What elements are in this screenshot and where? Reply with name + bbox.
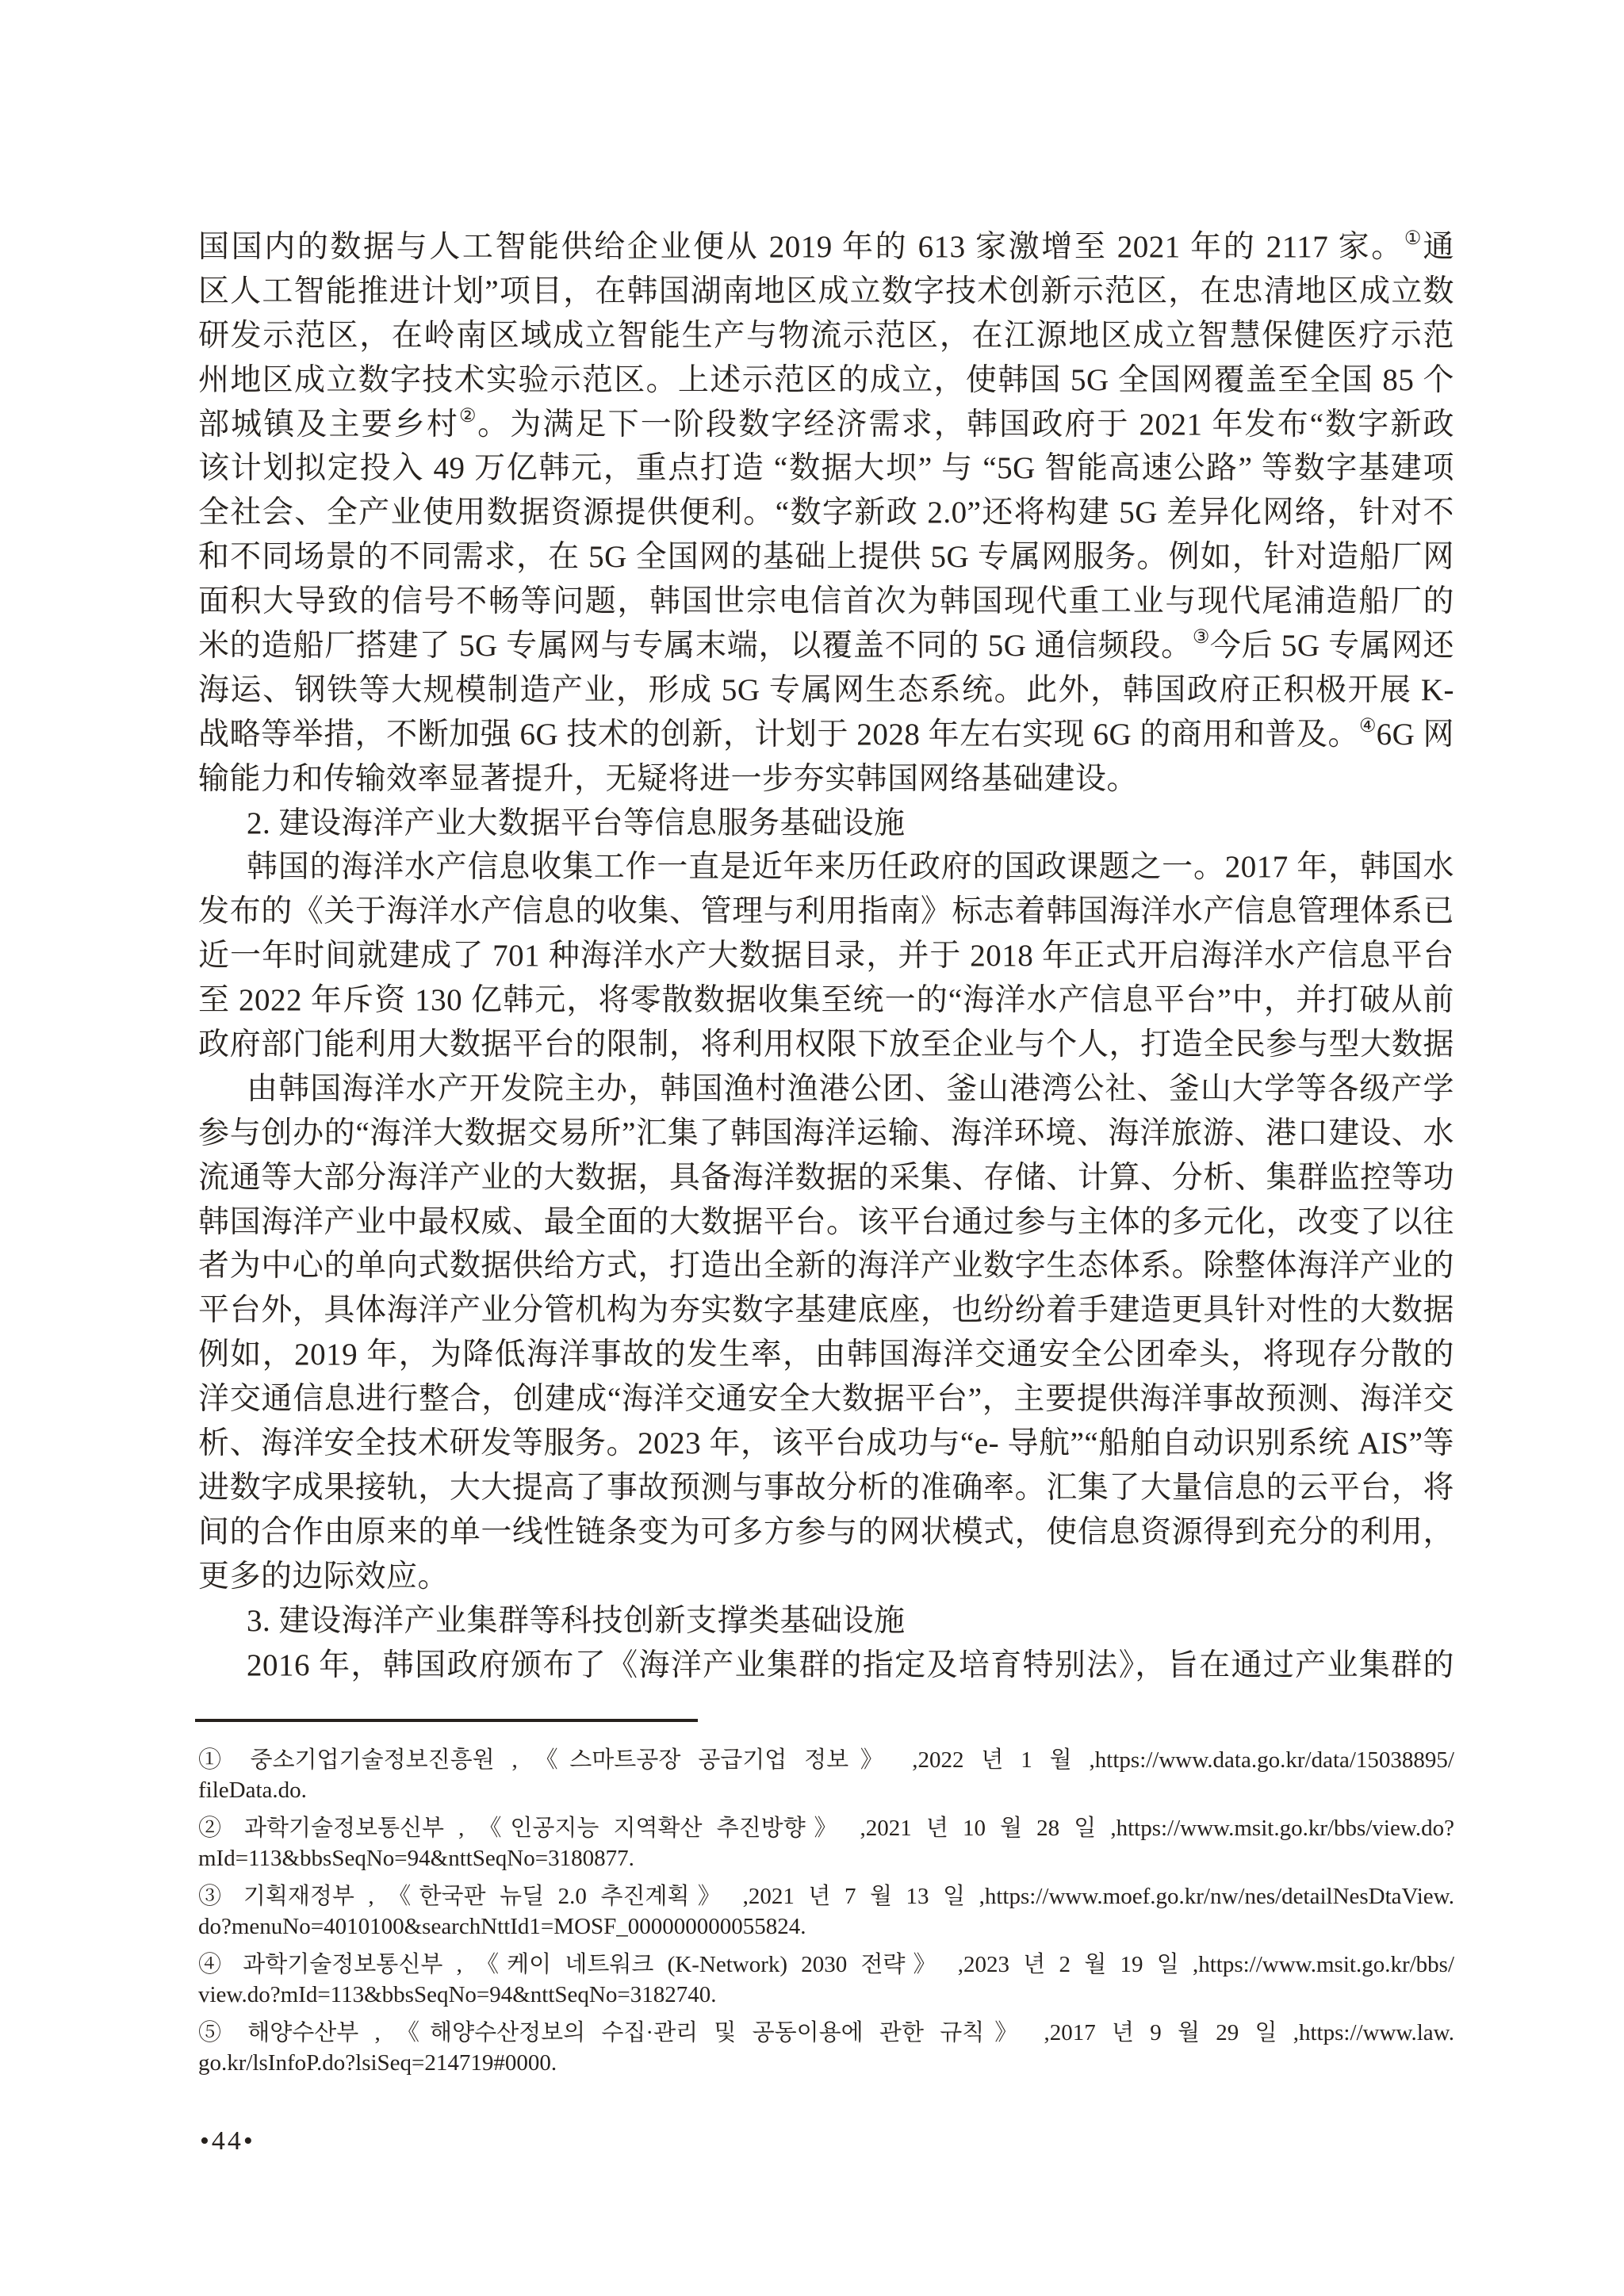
footnote-line: ③ 기획재정부 , 《한국판 뉴딜 2.0 추진계획》 ,2021 년 7 월 … — [198, 1881, 1454, 1911]
footnote-ref: ③ — [1193, 627, 1210, 648]
footnote-line: ④ 과학기술정보통신부 , 《케이 네트워크 (K-Network) 2030 … — [198, 1950, 1454, 1980]
body-line: 例如，2019 年，为降低海洋事故的发生率，由韩国海洋交通安全公团牵头，将现存分… — [198, 1333, 1454, 1377]
footnote-line: fileData.do. — [198, 1775, 1454, 1805]
body-line: 2016 年，韩国政府颁布了《海洋产业集群的指定及培育特别法》，旨在通过产业集群… — [198, 1644, 1454, 1688]
body-line: 研发示范区，在岭南区域成立智能生产与物流示范区，在江源地区成立智慧保健医疗示范区… — [198, 314, 1454, 358]
footnote-item: ⑤ 해양수산부 , 《해양수산정보의 수집·관리 및 공동이용에 관한 규칙》 … — [198, 2018, 1454, 2078]
footnote-item: ① 중소기업기술정보진흥원 , 《스마트공장 공급기업 정보》 ,2022 년 … — [198, 1745, 1454, 1805]
footnote-separator — [195, 1719, 698, 1722]
body-line: 者为中心的单向式数据供给方式，打造出全新的海洋产业数字生态体系。除整体海洋产业的… — [198, 1244, 1454, 1288]
body-line: 近一年时间就建成了 701 种海洋水产大数据目录，并于 2018 年正式开启海洋… — [198, 934, 1454, 978]
footnote-line: do?menuNo=4010100&searchNttId1=MOSF_0000… — [198, 1911, 1454, 1942]
footnote-line: mId=113&bbsSeqNo=94&nttSeqNo=3180877. — [198, 1843, 1454, 1873]
body-line: 面积大导致的信号不畅等问题，韩国世宗电信首次为韩国现代重工业与现代尾浦造船厂的 … — [198, 580, 1454, 624]
body-line: 政府部门能利用大数据平台的限制，将利用权限下放至企业与个人，打造全民参与型大数据… — [198, 1023, 1454, 1067]
body-line: 海运、钢铁等大规模制造产业，形成 5G 专属网生态系统。此外，韩国政府正积极开展… — [198, 668, 1454, 713]
section-heading: 2. 建设海洋产业大数据平台等信息服务基础设施 — [198, 802, 1454, 846]
body-line: 参与创办的“海洋大数据交易所”汇集了韩国海洋运输、海洋环境、海洋旅游、港口建设、… — [198, 1112, 1454, 1156]
body-line: 和不同场景的不同需求，在 5G 全国网的基础上提供 5G 专属网服务。例如，针对… — [198, 535, 1454, 580]
footnote-ref: ① — [1404, 228, 1423, 249]
body-line: 韩国海洋产业中最权威、最全面的大数据平台。该平台通过参与主体的多元化，改变了以往… — [198, 1200, 1454, 1245]
body-line: 输能力和传输效率显著提升，无疑将进一步夯实韩国网络基础建设。 — [198, 757, 1454, 802]
body-line: 进数字成果接轨，大大提高了事故预测与事故分析的准确率。汇集了大量信息的云平台，将… — [198, 1466, 1454, 1510]
body-line: 间的合作由原来的单一线性链条变为可多方参与的网状模式，使信息资源得到充分的利用，… — [198, 1510, 1454, 1555]
body-line: 州地区成立数字技术实验示范区。上述示范区的成立，使韩国 5G 全国网覆盖至全国 … — [198, 358, 1454, 403]
body-line: 全社会、全产业使用数据资源提供便利。“数字新政 2.0”还将构建 5G 差异化网… — [198, 491, 1454, 535]
body-line: 米的造船厂搭建了 5G 专属网与专属末端，以覆盖不同的 5G 通信频段。③今后 … — [198, 624, 1454, 668]
body-line: 发布的《关于海洋水产信息的收集、管理与利用指南》标志着韩国海洋水产信息管理体系已… — [198, 890, 1454, 934]
body-line: 国国内的数据与人工智能供给企业便从 2019 年的 613 家激增至 2021 … — [198, 225, 1454, 270]
body-line: 韩国的海洋水产信息收集工作一直是近年来历任政府的国政课题之一。2017 年，韩国… — [198, 845, 1454, 890]
body-line: 析、海洋安全技术研发等服务。2023 年，该平台成功与“e- 导航”“船舶自动识… — [198, 1422, 1454, 1466]
section-heading: 3. 建设海洋产业集群等科技创新支撑类基础设施 — [198, 1599, 1454, 1644]
footnote-item: ③ 기획재정부 , 《한국판 뉴딜 2.0 추진계획》 ,2021 년 7 월 … — [198, 1881, 1454, 1942]
body-line: 洋交通信息进行整合，创建成“海洋交通安全大数据平台”，主要提供海洋事故预测、海洋… — [198, 1377, 1454, 1422]
body-line: 区人工智能推进计划”项目，在韩国湖南地区成立数字技术创新示范区，在忠清地区成立数… — [198, 270, 1454, 314]
body-line: 该计划拟定投入 49 万亿韩元，重点打造 “数据大坝” 与 “5G 智能高速公路… — [198, 446, 1454, 491]
footnote-line: ② 과학기술정보통신부 , 《인공지능 지역확산 추진방향》 ,2021 년 1… — [198, 1813, 1454, 1843]
body-line: 由韩国海洋水产开发院主办，韩国渔村渔港公团、釜山港湾公社、釜山大学等各级产学研机… — [198, 1067, 1454, 1112]
footnote-item: ④ 과학기술정보통신부 , 《케이 네트워크 (K-Network) 2030 … — [198, 1950, 1454, 2010]
footnotes: ① 중소기업기술정보진흥원 , 《스마트공장 공급기업 정보》 ,2022 년 … — [198, 1745, 1454, 2086]
document-page: 国国内的数据与人工智能供给企业便从 2019 年的 613 家激增至 2021 … — [0, 0, 1624, 2296]
footnote-ref: ④ — [1359, 716, 1377, 737]
footnote-line: view.do?mId=113&bbsSeqNo=94&nttSeqNo=318… — [198, 1980, 1454, 2010]
footnote-line: go.kr/lsInfoP.do?lsiSeq=214719#0000. — [198, 2048, 1454, 2078]
body-line: 部城镇及主要乡村②。为满足下一阶段数字经济需求，韩国政府于 2021 年发布“数… — [198, 403, 1454, 447]
footnote-line: ① 중소기업기술정보진흥원 , 《스마트공장 공급기업 정보》 ,2022 년 … — [198, 1745, 1454, 1775]
footnote-line: ⑤ 해양수산부 , 《해양수산정보의 수집·관리 및 공동이용에 관한 규칙》 … — [198, 2018, 1454, 2048]
footnote-ref: ② — [459, 406, 477, 427]
body-line: 战略等举措，不断加强 6G 技术的创新，计划于 2028 年左右实现 6G 的商… — [198, 713, 1454, 757]
footnote-item: ② 과학기술정보통신부 , 《인공지능 지역확산 추진방향》 ,2021 년 1… — [198, 1813, 1454, 1873]
body-text: 国国内的数据与人工智能供给企业便从 2019 年的 613 家激增至 2021 … — [198, 225, 1454, 1687]
body-line: 平台外，具体海洋产业分管机构为夯实数字基建底座，也纷纷着手建造更具针对性的大数据… — [198, 1288, 1454, 1333]
page-number: •44• — [200, 2126, 255, 2156]
body-line: 更多的边际效应。 — [198, 1555, 1454, 1599]
body-line: 至 2022 年斥资 130 亿韩元，将零散数据收集至统一的“海洋水产信息平台”… — [198, 978, 1454, 1023]
body-line: 流通等大部分海洋产业的大数据，具备海洋数据的采集、存储、计算、分析、集群监控等功… — [198, 1156, 1454, 1200]
